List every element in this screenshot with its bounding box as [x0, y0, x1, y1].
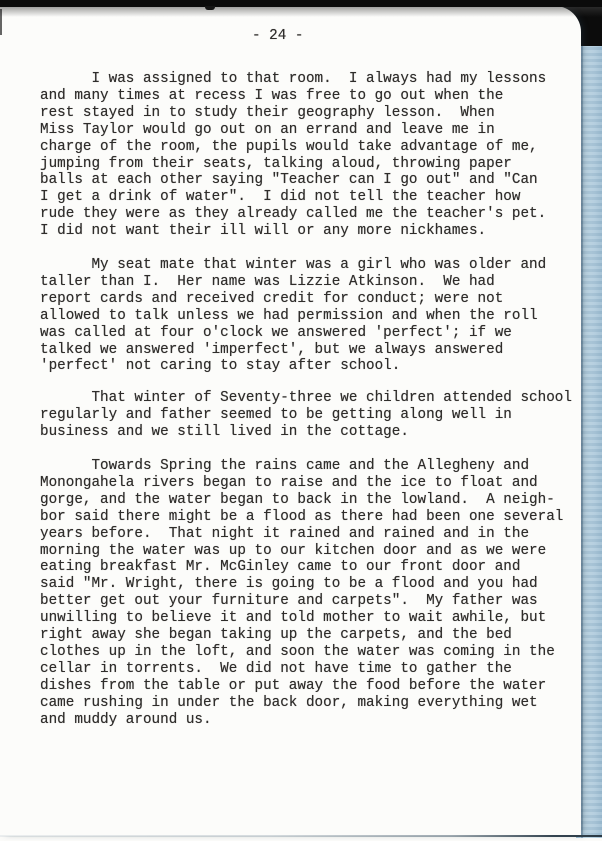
typewritten-text: - 24 - I was assigned to that room. I al…	[0, 0, 602, 841]
paragraph-seat-mate: My seat mate that winter was a girl who …	[40, 257, 546, 375]
paragraph-winter-seventy-three: That winter of Seventy-three we children…	[40, 390, 572, 441]
page-number: - 24 -	[252, 28, 303, 45]
paragraph-spring-flood: Towards Spring the rains came and the Al…	[40, 458, 563, 729]
scanned-page: - 24 - I was assigned to that room. I al…	[0, 0, 602, 841]
paragraph-assigned-room: I was assigned to that room. I always ha…	[40, 71, 546, 240]
